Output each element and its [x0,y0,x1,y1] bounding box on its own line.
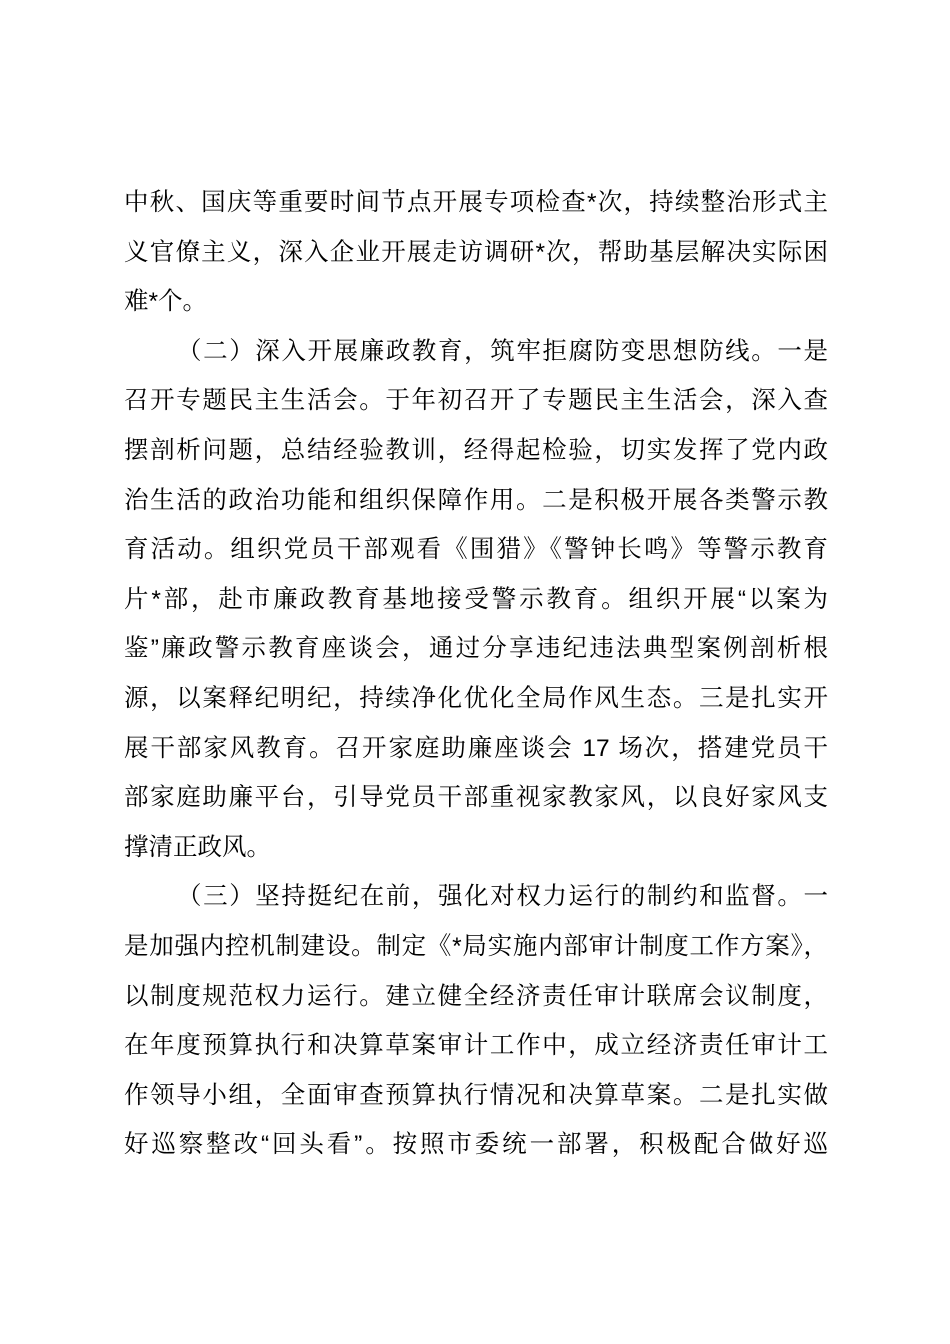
text-line: 召开专题民主生活会。于年初召开了专题民主生活会，深入查 [124,376,828,426]
text-line: 摆剖析问题，总结经验教训，经得起检验，切实发挥了党内政 [124,426,828,476]
text-line: 部家庭助廉平台，引导党员干部重视家教家风，以良好家风支 [124,773,828,823]
text-line: （二）深入开展廉政教育，筑牢拒腐防变思想防线。一是 [124,327,828,377]
text-line: 以制度规范权力运行。建立健全经济责任审计联席会议制度， [124,972,828,1022]
text-line: 治生活的政治功能和组织保障作用。二是积极开展各类警示教 [124,476,828,526]
text-line: 源，以案释纪明纪，持续净化优化全局作风生态。三是扎实开 [124,674,828,724]
document-page: 中秋、国庆等重要时间节点开展专项检查*次，持续整治形式主 义官僚主义，深入企业开… [0,0,950,1344]
text-line: 鉴”廉政警示教育座谈会，通过分享违纪违法典型案例剖析根 [124,624,828,674]
text-line: 义官僚主义，深入企业开展走访调研*次，帮助基层解决实际困 [124,228,828,278]
text-line: 育活动。组织党员干部观看《围猎》《警钟长鸣》等警示教育 [124,525,828,575]
text-line: 片*部，赴市廉政教育基地接受警示教育。组织开展“以案为 [124,575,828,625]
text-line: 中秋、国庆等重要时间节点开展专项检查*次，持续整治形式主 [124,178,828,228]
document-body-text: 中秋、国庆等重要时间节点开展专项检查*次，持续整治形式主 义官僚主义，深入企业开… [124,178,828,1170]
text-line: 难*个。 [124,277,828,327]
text-line: 在年度预算执行和决算草案审计工作中，成立经济责任审计工 [124,1021,828,1071]
text-line: （三）坚持挺纪在前，强化对权力运行的制约和监督。一 [124,872,828,922]
paragraph-continuation: 中秋、国庆等重要时间节点开展专项检查*次，持续整治形式主 义官僚主义，深入企业开… [124,178,828,327]
text-line: 撑清正政风。 [124,823,828,873]
text-line: 展干部家风教育。召开家庭助廉座谈会 17 场次，搭建党员干 [124,724,828,774]
text-line: 是加强内控机制建设。制定《*局实施内部审计制度工作方案》， [124,922,828,972]
paragraph-section-2: （二）深入开展廉政教育，筑牢拒腐防变思想防线。一是 召开专题民主生活会。于年初召… [124,327,828,873]
paragraph-section-3: （三）坚持挺纪在前，强化对权力运行的制约和监督。一 是加强内控机制建设。制定《*… [124,872,828,1170]
text-line: 作领导小组，全面审查预算执行情况和决算草案。二是扎实做 [124,1071,828,1121]
text-line: 好巡察整改“回头看”。按照市委统一部署，积极配合做好巡 [124,1120,828,1170]
